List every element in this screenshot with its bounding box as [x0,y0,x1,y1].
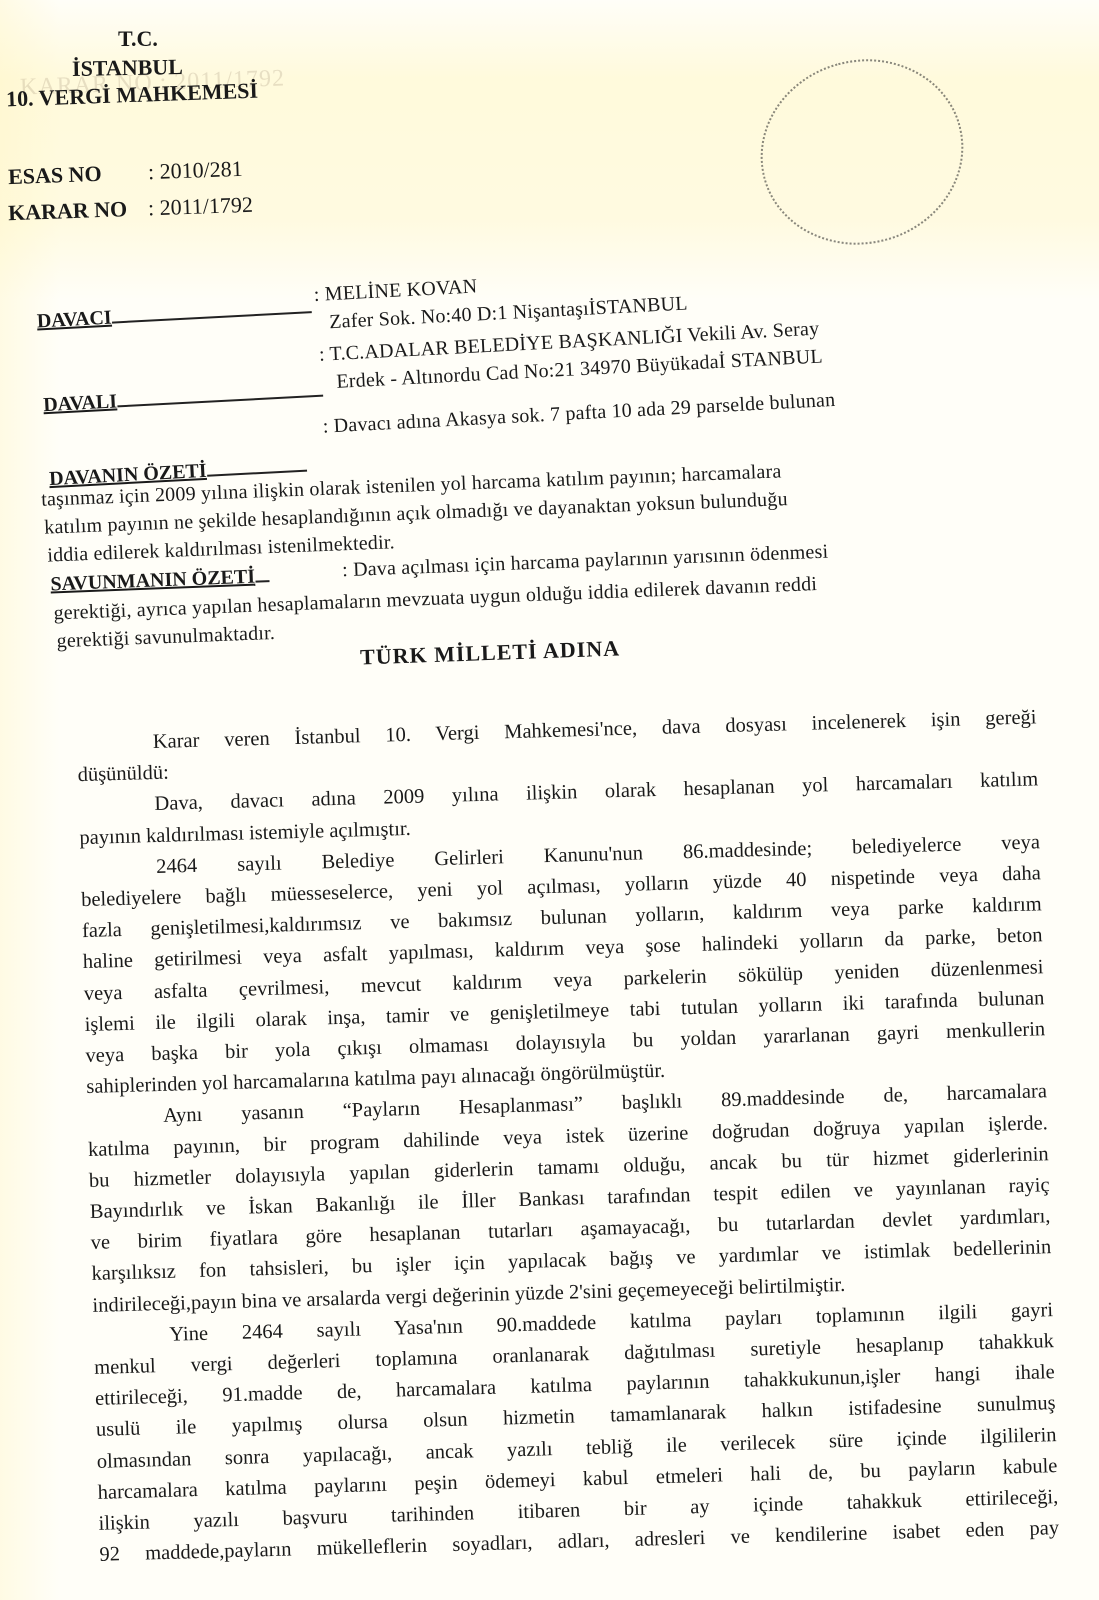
savunmanin-ozeti-line-3: gerektiği savunulmaktadır. [56,622,275,653]
davali-label: DAVALI [43,390,118,417]
davanin-ozeti-line-1: : Davacı adına Akasya sok. 7 pafta 10 ad… [322,389,836,439]
davaci-row: DAVACI [36,296,312,333]
esas-no: ESAS NO: 2010/281 [8,156,243,190]
header-city: İSTANBUL [72,54,183,82]
header-republic: T.C. [118,26,158,52]
esas-no-value: : 2010/281 [148,156,244,184]
savunmanin-ozeti-rule [255,580,269,583]
savunmanin-ozeti-label: SAVUNMANIN ÖZETİ [50,566,255,597]
karar-no-label: KARAR NO [8,195,149,226]
davaci-name: : MELİNE KOVAN [313,275,478,307]
scanned-page: KARAR NO : 2011/1792 T.C. İSTANBUL 10. V… [0,0,1099,1600]
davanin-ozeti-rule [207,470,307,477]
davaci-rule [112,311,312,323]
davali-row: DAVALI [43,380,324,418]
decision-title: TÜRK MİLLETİ ADINA [360,635,621,670]
court-seal-stamp [740,37,985,268]
karar-no-value: : 2011/1792 [148,192,254,221]
esas-no-label: ESAS NO [8,159,149,190]
savunmanin-ozeti-row: SAVUNMANIN ÖZETİ [50,565,269,596]
davali-rule [117,395,323,408]
davaci-label: DAVACI [36,307,112,334]
karar-no: KARAR NO: 2011/1792 [8,192,254,227]
